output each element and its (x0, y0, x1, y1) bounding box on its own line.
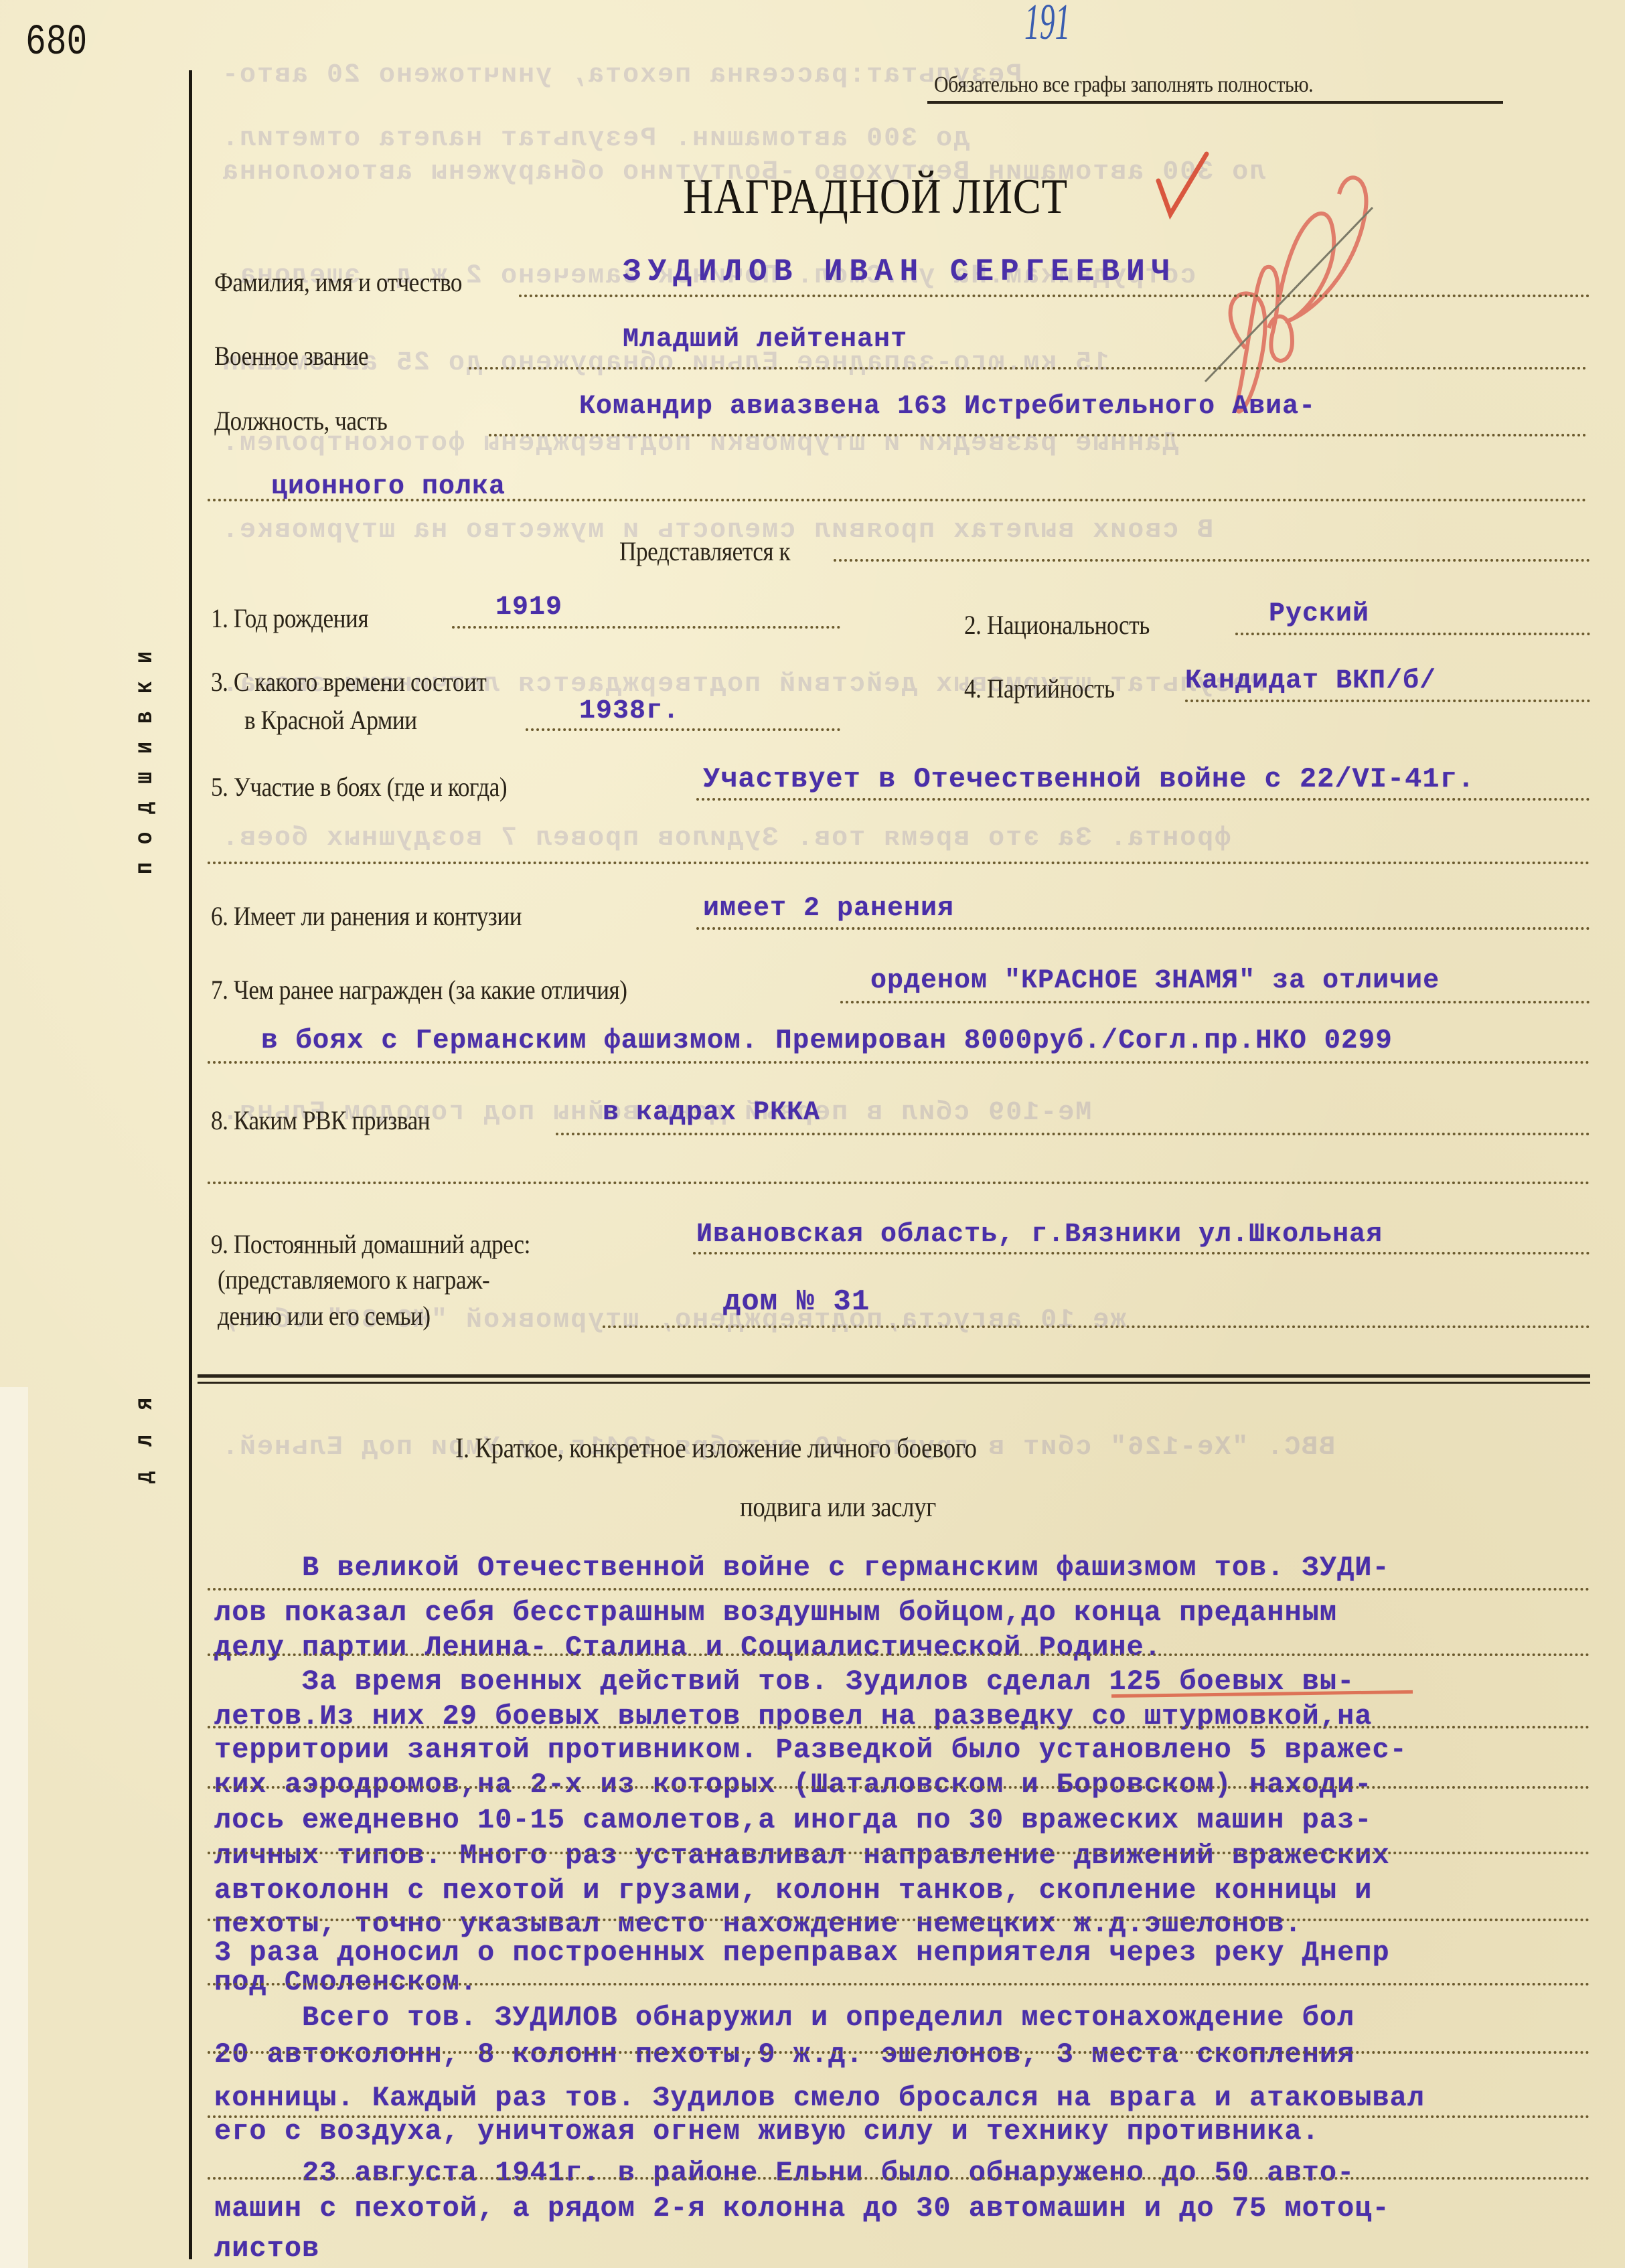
battles-label: 5. Участие в боях (где и когда) (211, 771, 507, 803)
narrative-line: ких аэродромов,на 2-х из которых (Шатало… (214, 1769, 1372, 1801)
battles-line1 (696, 798, 1590, 801)
wounds-line (696, 927, 1590, 930)
narrative-line: делу партии Ленина- Сталина и Социалисти… (214, 1631, 1162, 1664)
handwritten-number: 191 (1024, 0, 1070, 52)
nationality-value: Руский (1269, 599, 1369, 629)
rvk-line2 (208, 1182, 1590, 1184)
narrative-line: 3 раза доносил о построенных переправах … (214, 1937, 1390, 1969)
instruction-text: Обязательно все графы заполнять полность… (934, 72, 1313, 98)
rank-line (469, 367, 1587, 370)
page-title: НАГРАДНОЙ ЛИСТ (683, 169, 1068, 226)
previous-awards-line2 (208, 1061, 1590, 1064)
narrative-line: его с воздуха, уничтожая огнем живую сил… (214, 2115, 1320, 2148)
position-value-line2: ционного полка (271, 472, 506, 502)
position-line2 (208, 499, 1587, 501)
narrative-rule (208, 1983, 1590, 1986)
army-since-label-line2: в Красной Армии (244, 704, 417, 736)
instruction-underline (927, 101, 1503, 104)
sheet-number: 680 (25, 19, 87, 67)
narrative-rule (208, 2051, 1590, 2054)
previous-awards-value-line2: в боях с Германским фашизмом. Премирован… (261, 1026, 1393, 1056)
wounds-value: имеет 2 ранения (703, 894, 954, 924)
previous-awards-line1 (840, 1001, 1590, 1003)
narrative-line: Всего тов. ЗУДИЛОВ обнаружил и определил… (214, 2002, 1355, 2034)
narrative-line: листов (214, 2233, 319, 2265)
narrative-line: лось ежедневно 10-15 самолетов,а иногда … (214, 1804, 1372, 1836)
army-since-label-line1: 3. С какого времени состоит (211, 666, 486, 698)
fio-line (519, 295, 1590, 297)
birth-year-value: 1919 (495, 592, 562, 623)
address-label-line2: (представляемого к награж- (218, 1264, 489, 1295)
address-value-line1: Ивановская область, г.Вязники ул.Школьна… (696, 1220, 1383, 1250)
narrative-line: конницы. Каждый раз тов. Зудилов смело б… (214, 2082, 1425, 2114)
narrative-line: 23 августа 1941г. в районе Ельни было об… (214, 2157, 1355, 2189)
rvk-label: 8. Каким РВК призван (211, 1105, 430, 1136)
narrative-line: автоколонн с пехотой и грузами, колонн т… (214, 1874, 1372, 1907)
wounds-label: 6. Имеет ли ранения и контузии (211, 900, 522, 932)
rank-label: Военное звание (214, 340, 368, 372)
narrative-rule (208, 1726, 1590, 1728)
battles-value: Участвует в Отечественной войне с 22/VI-… (703, 763, 1475, 795)
narrative-rule (208, 1852, 1590, 1854)
army-since-line (526, 728, 840, 731)
narrative-rule (208, 1919, 1590, 1921)
narrative-line: территории занятой противником. Разведко… (214, 1734, 1407, 1766)
address-line1 (693, 1252, 1590, 1254)
party-line (1185, 700, 1590, 702)
narrative-rule (208, 1588, 1590, 1591)
presented-to-line (834, 559, 1590, 562)
narrative-rule (208, 2177, 1590, 2180)
binding-margin-line (189, 70, 192, 2259)
nationality-line (1235, 633, 1590, 635)
position-line1 (489, 434, 1587, 436)
address-label-line1: 9. Постоянный домашний адрес: (211, 1228, 530, 1260)
narrative-line: лов показал себя бесстрашным воздушным б… (214, 1597, 1337, 1629)
address-value-line2: дом № 31 (723, 1285, 870, 1319)
narrative-line: пехоты, точно указывал место нахождение … (214, 1908, 1302, 1940)
rvk-value: в кадрах РККА (603, 1098, 820, 1128)
birth-year-label: 1. Год рождения (211, 602, 368, 634)
narrative-line: под Смоленском. (214, 1966, 477, 1998)
narrative-line: В великой Отечественной войне с германск… (214, 1552, 1390, 1584)
narrative-line: машин с пехотой, а рядом 2-я колонна до … (214, 2192, 1390, 2224)
address-line2 (603, 1325, 1590, 1328)
rank-value: Младший лейтенант (623, 325, 907, 355)
presented-to-label: Представляется к (619, 536, 790, 567)
position-label: Должность, часть (214, 405, 387, 436)
fio-value: ЗУДИЛОВ ИВАН СЕРГЕЕВИЧ (623, 254, 1176, 289)
narrative-rule (208, 1786, 1590, 1789)
previous-awards-value-line1: орденом "КРАСНОЕ ЗНАМЯ" за отличие (870, 966, 1440, 996)
position-value-line1: Командир авиазвена 163 Истребительного А… (579, 392, 1316, 422)
section-heading-line1: I. Краткое, конкретное изложение личного… (455, 1433, 977, 1465)
fio-label: Фамилия, имя и отчество (214, 266, 462, 298)
previous-awards-label: 7. Чем ранее награжден (за какие отличия… (211, 974, 627, 1005)
party-value: Кандидат ВКП/б/ (1185, 666, 1436, 696)
address-label-line3: дению или его семьи) (218, 1300, 431, 1331)
narrative-line: 20 автоколонн, 8 колонн пехоты,9 ж.д. эш… (214, 2038, 1355, 2071)
section-divider-bottom (198, 1382, 1590, 1384)
rvk-line (556, 1133, 1590, 1135)
narrative-line: личных типов. Много раз устанавливал нап… (214, 1840, 1390, 1872)
nationality-label: 2. Национальность (964, 609, 1150, 641)
party-label: 4. Партийность (964, 673, 1115, 704)
birth-year-line (452, 626, 840, 629)
section-heading-line2: подвига или заслуг (740, 1491, 936, 1524)
narrative-rule (208, 1653, 1590, 1656)
section-divider-top (198, 1374, 1590, 1378)
paper-edge-strip (0, 1387, 28, 2268)
army-since-value: 1938г. (579, 696, 680, 726)
battles-line2 (208, 862, 1590, 864)
